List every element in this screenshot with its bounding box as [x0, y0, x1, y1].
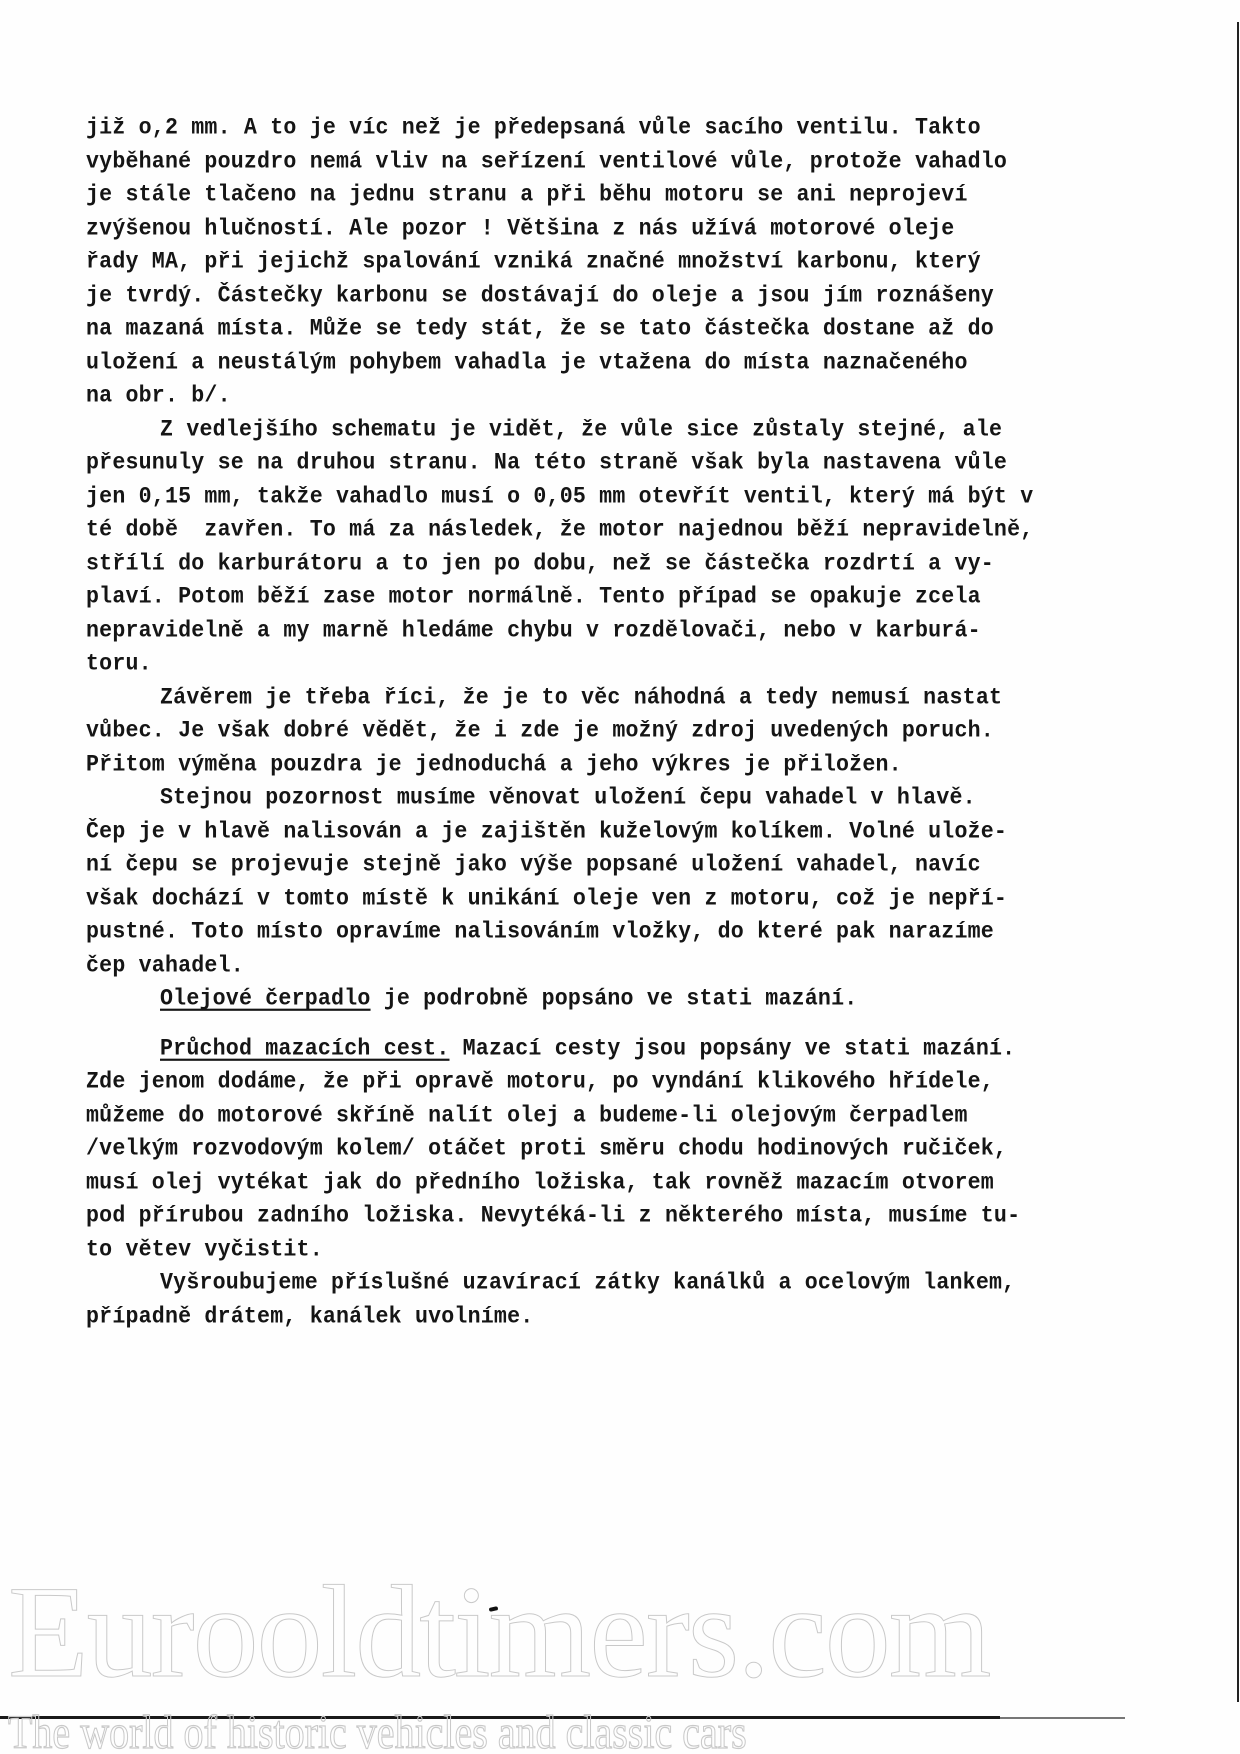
text-line: uložení a neustálým pohybem vahadla je v… [86, 345, 1166, 381]
text-line: pustné. Toto místo opravíme nalisováním … [86, 915, 1166, 951]
text-line: však dochází v tomto místě k unikání ole… [86, 881, 1166, 917]
text-line: to větev vyčistit. [86, 1232, 1166, 1268]
text-line: je stále tlačeno na jednu stranu a při b… [86, 178, 1166, 214]
watermark-logo: Eurooldtimers.com [8, 1566, 1238, 1698]
text-line: musí olej vytékat jak do předního ložisk… [86, 1165, 1166, 1201]
oil-pump-text: je podrobně popsáno ve stati mazání. [371, 986, 858, 1012]
text-line: jen 0,15 mm, takže vahadlo musí o 0,05 m… [86, 479, 1166, 515]
bottom-rule-faint-line [1000, 1717, 1125, 1719]
text-line: případně drátem, kanálek uvolníme. [86, 1299, 1166, 1335]
text-line: toru. [86, 647, 1166, 683]
paragraph-start-line: Stejnou pozornost musíme věnovat uložení… [86, 781, 1166, 817]
text-line: je tvrdý. Částečky karbonu se dostávají … [86, 278, 1166, 314]
text-line: zvýšenou hlučností. Ale pozor ! Většina … [86, 211, 1166, 247]
text-line: ní čepu se projevuje stejně jako výše po… [86, 848, 1166, 884]
lubrication-first-line: Mazací cesty jsou popsány ve stati mazán… [449, 1035, 1015, 1061]
text-line: přesunuly se na druhou stranu. Na této s… [86, 446, 1166, 482]
text-line: na obr. b/. [86, 379, 1166, 415]
oil-pump-paragraph: Olejové čerpadlo je podrobně popsáno ve … [86, 982, 1166, 1018]
section-spacer [86, 1017, 1166, 1033]
text-line: můžeme do motorové skříně nalít olej a b… [86, 1098, 1166, 1134]
scanned-page: již o,2 mm. A to je víc než je předepsan… [0, 0, 1240, 1754]
oil-pump-heading: Olejové čerpadlo [160, 986, 371, 1012]
typewritten-text: již o,2 mm. A to je víc než je předepsan… [86, 112, 1166, 1334]
text-line: vůbec. Je však dobré vědět, že i zde je … [86, 714, 1166, 750]
text-line: již o,2 mm. A to je víc než je předepsan… [86, 111, 1166, 147]
lubrication-heading: Průchod mazacích cest. [160, 1035, 449, 1061]
watermark-tagline: The world of historic vehicles and class… [8, 1706, 747, 1754]
text-line: té době zavřen. To má za následek, že mo… [86, 513, 1166, 549]
text-line: pod přírubou zadního ložiska. Nevytéká-l… [86, 1199, 1166, 1235]
text-line: nepravidelně a my marně hledáme chybu v … [86, 613, 1166, 649]
text-line: /velkým rozvodovým kolem/ otáčet proti s… [86, 1132, 1166, 1168]
text-line: střílí do karburátoru a to jen po dobu, … [86, 546, 1166, 582]
text-line: vyběhané pouzdro nemá vliv na seřízení v… [86, 144, 1166, 180]
paragraph-start-line: Závěrem je třeba říci, že je to věc náho… [86, 680, 1166, 716]
text-line: Zde jenom dodáme, že při opravě motoru, … [86, 1065, 1166, 1101]
text-line: plaví. Potom běží zase motor normálně. T… [86, 580, 1166, 616]
text-line: Čep je v hlavě nalisován a je zajištěn k… [86, 814, 1166, 850]
text-line: čep vahadel. [86, 948, 1166, 984]
paragraph-start-line: Z vedlejšího schematu je vidět, že vůle … [86, 412, 1166, 448]
text-line: řady MA, při jejichž spalování vzniká zn… [86, 245, 1166, 281]
scan-edge-line [1237, 22, 1239, 1702]
text-line: na mazaná místa. Může se tedy stát, že s… [86, 312, 1166, 348]
lubrication-paragraph-start: Průchod mazacích cest. Mazací cesty jsou… [86, 1031, 1166, 1067]
text-line: Přitom výměna pouzdra je jednoduchá a je… [86, 747, 1166, 783]
paragraph-start-line: Vyšroubujeme příslušné uzavírací zátky k… [86, 1266, 1166, 1302]
